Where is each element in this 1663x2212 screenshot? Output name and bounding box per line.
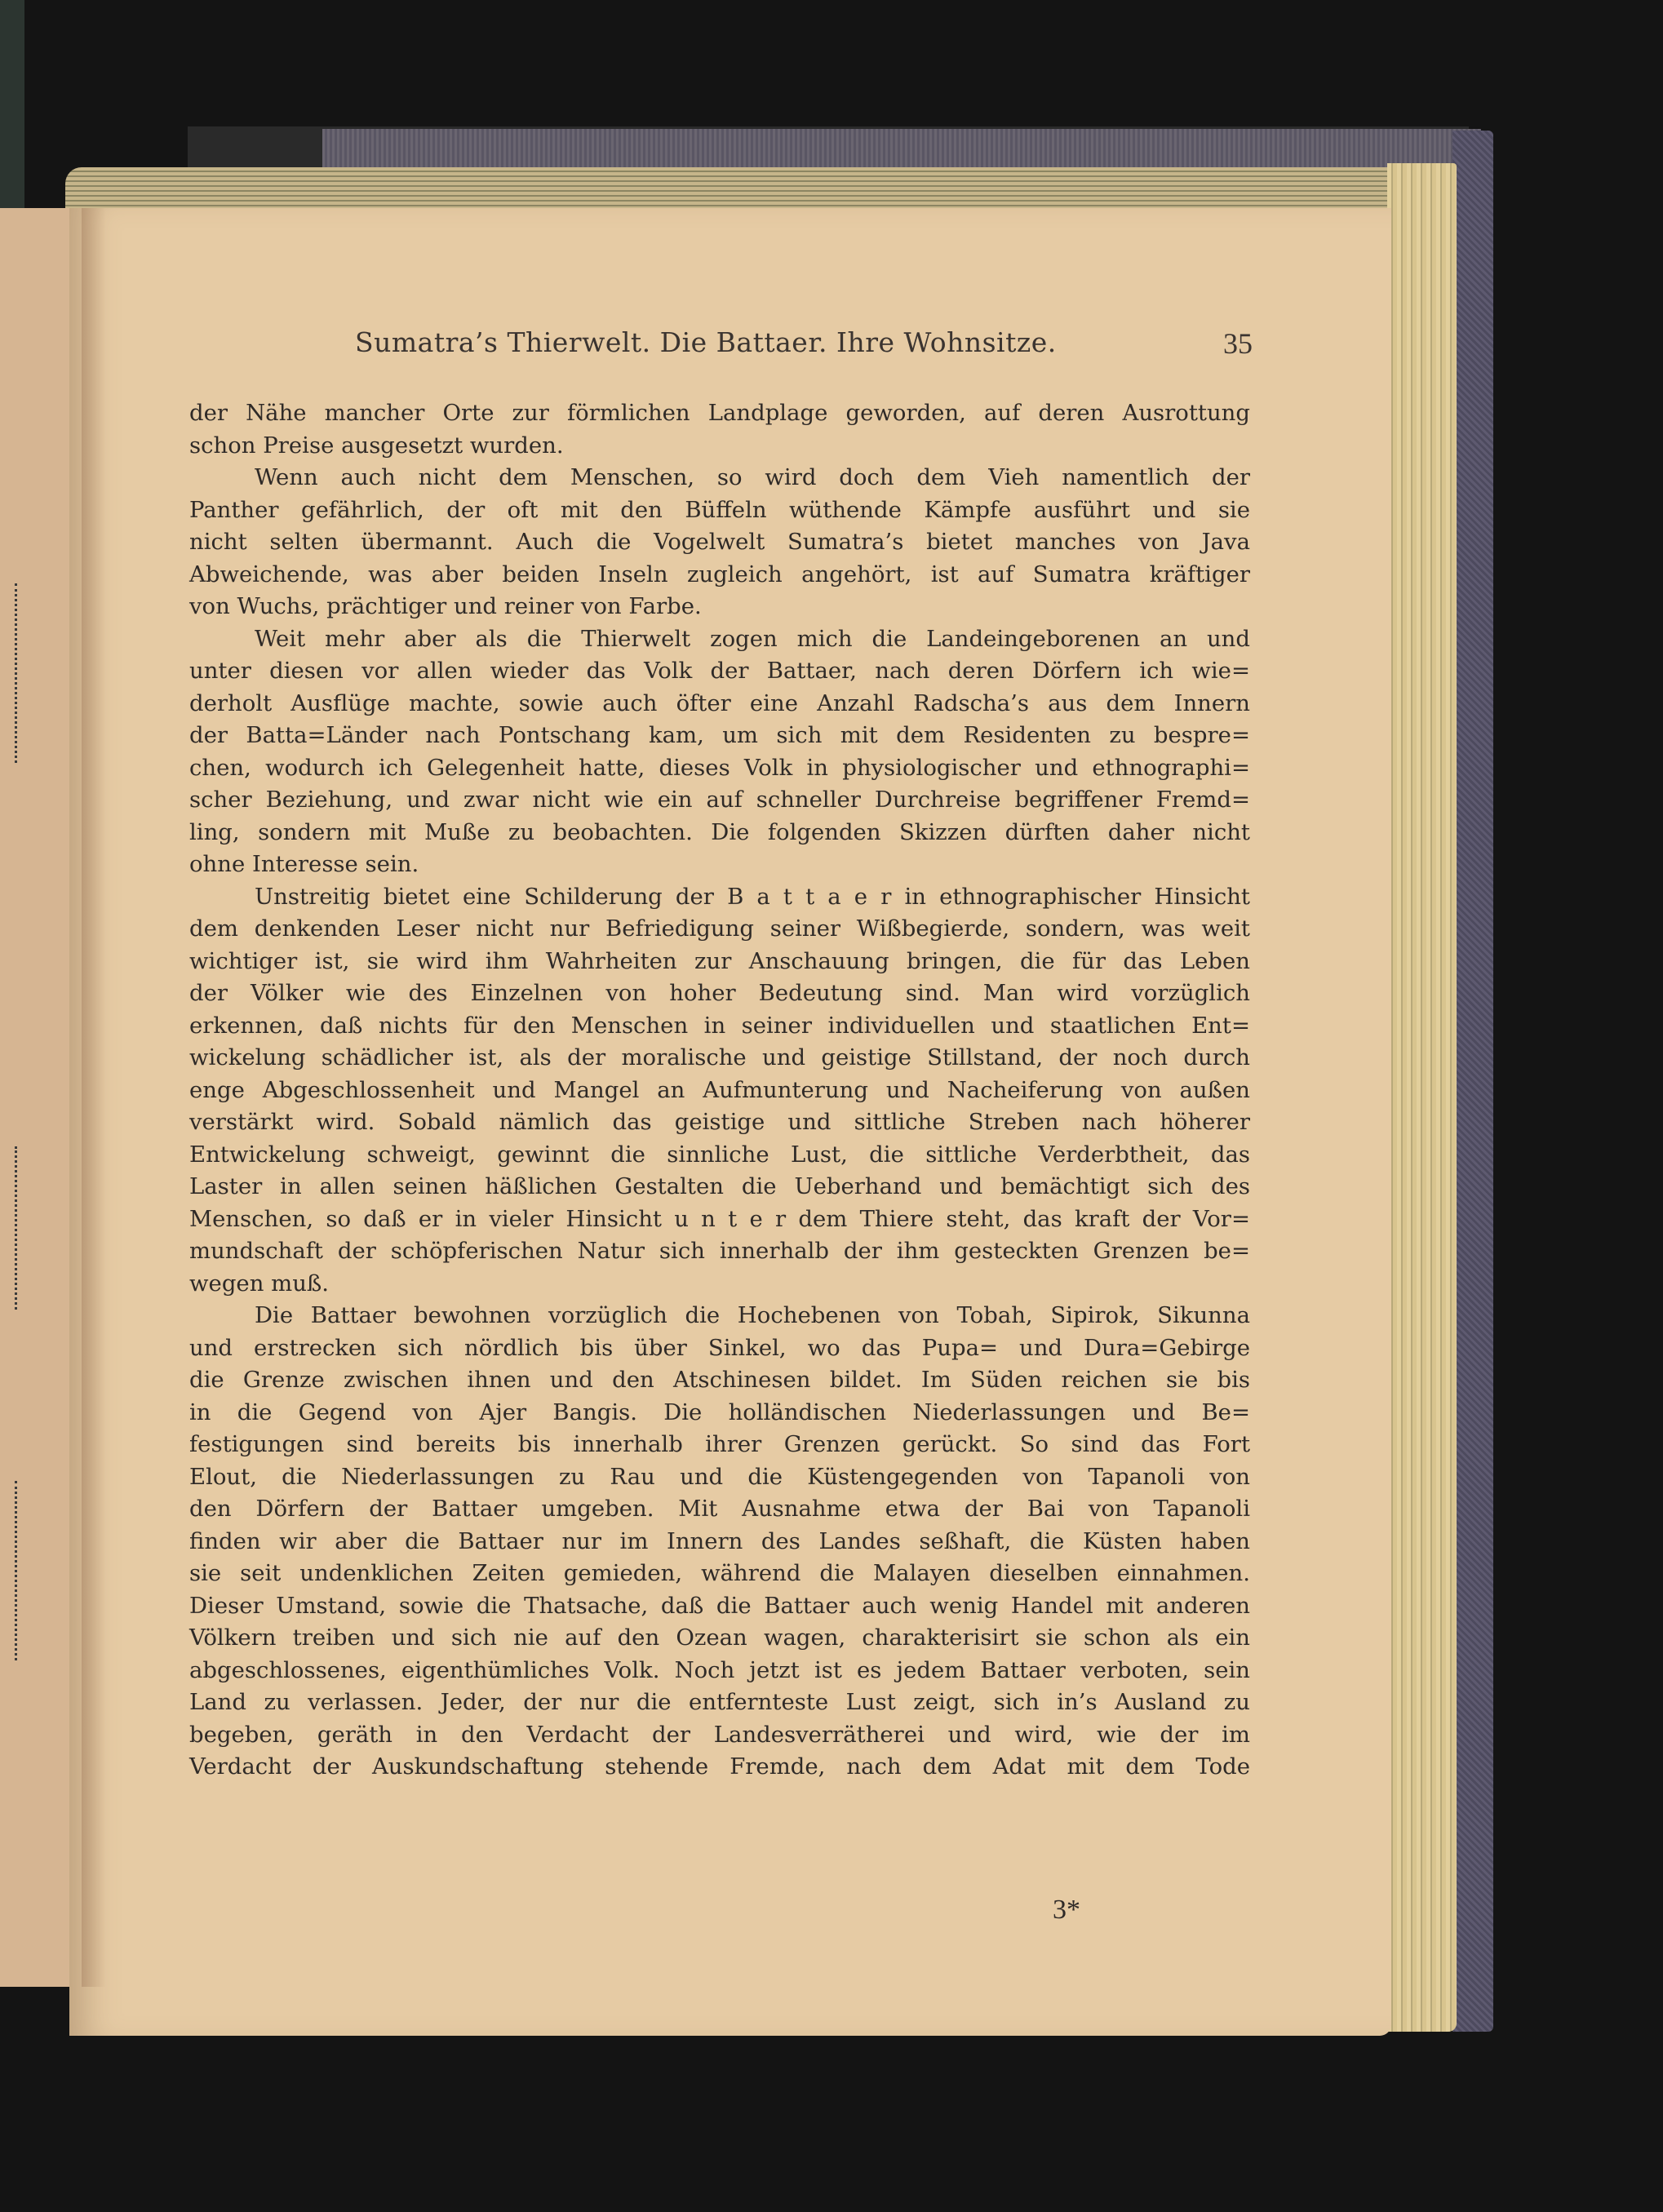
text-line: in die Gegend von Ajer Bangis. Die hollä… bbox=[189, 1397, 1250, 1430]
text-line: und erstrecken sich nördlich bis über Si… bbox=[189, 1332, 1250, 1365]
text-line: Völkern treiben und sich nie auf den Oze… bbox=[189, 1622, 1250, 1655]
paragraph-start-line: Die Battaer bewohnen vorzüglich die Hoch… bbox=[189, 1300, 1250, 1332]
body-text: der Nähe mancher Orte zur förmlichen Lan… bbox=[189, 397, 1250, 1784]
text-line: festigungen sind bereits bis innerhalb i… bbox=[189, 1429, 1250, 1461]
book-cover-cloth-top bbox=[322, 129, 1481, 170]
facing-page-illustration-fragment bbox=[0, 583, 17, 763]
text-line: Verdacht der Auskundschaftung stehende F… bbox=[189, 1751, 1250, 1784]
text-line: die Grenze zwischen ihnen und den Atschi… bbox=[189, 1364, 1250, 1397]
paragraph-start-line: Wenn auch nicht dem Menschen, so wird do… bbox=[189, 462, 1250, 494]
text-line: Abweichende, was aber beiden Inseln zugl… bbox=[189, 559, 1250, 592]
text-line: Elout, die Niederlassungen zu Rau und di… bbox=[189, 1461, 1250, 1494]
text-line: wickelung schädlicher ist, als der moral… bbox=[189, 1042, 1250, 1075]
text-line: verstärkt wird. Sobald nämlich das geist… bbox=[189, 1106, 1250, 1139]
text-line: dem denkenden Leser nicht nur Befriedigu… bbox=[189, 913, 1250, 946]
running-head: Sumatra’s Thierwelt. Die Battaer. Ihre W… bbox=[355, 326, 1057, 358]
text-line: der Völker wie des Einzelnen von hoher B… bbox=[189, 977, 1250, 1010]
text-line: nicht selten übermannt. Auch die Vogelwe… bbox=[189, 526, 1250, 559]
paragraph-start-line: Weit mehr aber als die Thierwelt zogen m… bbox=[189, 623, 1250, 656]
facing-page-illustration-fragment bbox=[0, 1481, 17, 1660]
page-header: Sumatra’s Thierwelt. Die Battaer. Ihre W… bbox=[355, 326, 1253, 375]
text-line: unter diesen vor allen wieder das Volk d… bbox=[189, 655, 1250, 688]
text-line: enge Abgeschlossenheit und Mangel an Auf… bbox=[189, 1075, 1250, 1107]
text-line: wichtiger ist, sie wird ihm Wahrheiten z… bbox=[189, 946, 1250, 978]
page-block-fore-edge bbox=[1387, 163, 1457, 2032]
text-line: Land zu verlassen. Jeder, der nur die en… bbox=[189, 1687, 1250, 1719]
text-line: sie seit undenklichen Zeiten gemieden, w… bbox=[189, 1558, 1250, 1590]
paragraph-start-line: Unstreitig bietet eine Schilderung der B… bbox=[189, 881, 1250, 914]
text-line: Laster in allen seinen häßlichen Gestalt… bbox=[189, 1171, 1250, 1204]
text-line: Entwickelung schweigt, gewinnt die sinnl… bbox=[189, 1139, 1250, 1172]
book-cover-cloth-right bbox=[1452, 131, 1493, 2032]
text-line: den Dörfern der Battaer umgeben. Mit Aus… bbox=[189, 1493, 1250, 1526]
text-line: chen, wodurch ich Gelegenheit hatte, die… bbox=[189, 752, 1250, 785]
text-line: scher Beziehung, und zwar nicht wie ein … bbox=[189, 784, 1250, 817]
text-line: der Batta=Länder nach Pontschang kam, um… bbox=[189, 720, 1250, 752]
text-line: finden wir aber die Battaer nur im Inner… bbox=[189, 1526, 1250, 1558]
text-line: erkennen, daß nichts für den Menschen in… bbox=[189, 1010, 1250, 1043]
text-line: mundschaft der schöpferischen Natur sich… bbox=[189, 1235, 1250, 1268]
text-line: von Wuchs, prächtiger und reiner von Far… bbox=[189, 591, 1250, 623]
facing-page-illustration-fragment bbox=[0, 1146, 17, 1310]
text-line: ohne Interesse sein. bbox=[189, 849, 1250, 881]
text-line: wegen muß. bbox=[189, 1268, 1250, 1301]
page-number: 35 bbox=[1223, 326, 1253, 361]
signature-mark: 3* bbox=[1053, 1895, 1080, 1926]
text-line: ling, sondern mit Muße zu beobachten. Di… bbox=[189, 817, 1250, 849]
gutter-shadow bbox=[82, 208, 106, 1987]
text-line: begeben, geräth in den Verdacht der Land… bbox=[189, 1719, 1250, 1752]
text-line: der Nähe mancher Orte zur förmlichen Lan… bbox=[189, 397, 1250, 430]
text-line: Panther gefährlich, der oft mit den Büff… bbox=[189, 494, 1250, 527]
text-line: abgeschlossenes, eigenthümliches Volk. N… bbox=[189, 1655, 1250, 1687]
text-line: derholt Ausflüge machte, sowie auch öfte… bbox=[189, 688, 1250, 720]
text-line: Dieser Umstand, sowie die Thatsache, daß… bbox=[189, 1590, 1250, 1623]
text-line: schon Preise ausgesetzt wurden. bbox=[189, 430, 1250, 463]
book-spine-edge bbox=[0, 0, 24, 220]
text-line: Menschen, so daß er in vieler Hinsicht u… bbox=[189, 1204, 1250, 1236]
